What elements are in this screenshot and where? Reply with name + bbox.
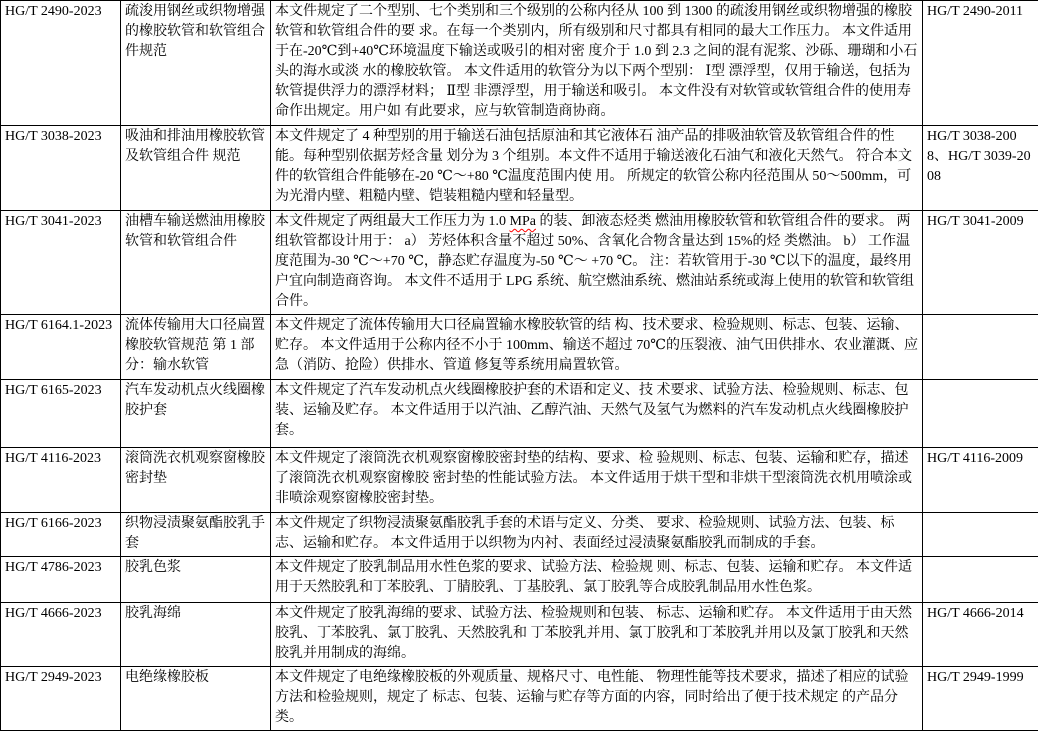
cell-replaced-standard: HG/T 4116-2009: [923, 448, 1038, 513]
cell-standard-title: 胶乳海绵: [121, 603, 271, 667]
spellcheck-underline: MPa: [510, 214, 536, 229]
table-row: HG/T 3041-2023 油槽车输送燃油用橡胶软管和软管组合件 本文件规定了…: [1, 211, 1038, 315]
table-row: HG/T 2949-2023 电绝缘橡胶板 本文件规定了电绝缘橡胶板的外观质量、…: [1, 667, 1038, 731]
cell-standard-no: HG/T 6164.1-2023: [1, 315, 121, 380]
cell-standard-scope: 本文件规定了胶乳制品用水性色浆的要求、试验方法、检验规 则、标志、包装、运输和贮…: [271, 557, 923, 603]
cell-replaced-standard: [923, 513, 1038, 557]
standards-table: HG/T 2490-2023 疏浚用钢丝或织物增强 的橡胶软管和软管组合件规范 …: [0, 0, 1038, 731]
cell-standard-title: 油槽车输送燃油用橡胶软管和软管组合件: [121, 211, 271, 315]
cell-replaced-standard: HG/T 4666-2014: [923, 603, 1038, 667]
cell-standard-title: 流体传输用大口径扁置 橡胶软管规范 第 1 部分：输水软管: [121, 315, 271, 380]
cell-standard-title: 吸油和排油用橡胶软管及软管组合件 规范: [121, 126, 271, 211]
cell-standard-title: 疏浚用钢丝或织物增强 的橡胶软管和软管组合件规范: [121, 1, 271, 126]
cell-standard-no: HG/T 2490-2023: [1, 1, 121, 126]
cell-standard-scope: 本文件规定了滚筒洗衣机观察窗橡胶密封垫的结构、要求、检 验规则、标志、包装、运输…: [271, 448, 923, 513]
cell-standard-scope: 本文件规定了电绝缘橡胶板的外观质量、规格尺寸、电性能、 物理性能等技术要求，描述…: [271, 667, 923, 731]
cell-standard-scope: 本文件规定了二个型别、七个类别和三个级别的公称内径从 100 到 1300 的疏…: [271, 1, 923, 126]
table-row: HG/T 4116-2023 滚筒洗衣机观察窗橡胶密封垫 本文件规定了滚筒洗衣机…: [1, 448, 1038, 513]
cell-standard-no: HG/T 3041-2023: [1, 211, 121, 315]
cell-replaced-standard: [923, 315, 1038, 380]
cell-replaced-standard: HG/T 2949-1999: [923, 667, 1038, 731]
table-row: HG/T 4666-2023 胶乳海绵 本文件规定了胶乳海绵的要求、试验方法、检…: [1, 603, 1038, 667]
cell-standard-title: 汽车发动机点火线圈橡胶护套: [121, 380, 271, 448]
table-row: HG/T 6166-2023 织物浸渍聚氨酯胶乳手套 本文件规定了织物浸渍聚氨酯…: [1, 513, 1038, 557]
cell-standard-no: HG/T 4116-2023: [1, 448, 121, 513]
cell-standard-no: HG/T 4666-2023: [1, 603, 121, 667]
cell-standard-no: HG/T 3038-2023: [1, 126, 121, 211]
cell-standard-no: HG/T 4786-2023: [1, 557, 121, 603]
cell-replaced-standard: HG/T 3038-2008、HG/T 3039-2008: [923, 126, 1038, 211]
cell-standard-title: 滚筒洗衣机观察窗橡胶密封垫: [121, 448, 271, 513]
cell-standard-scope: 本文件规定了胶乳海绵的要求、试验方法、检验规则和包装、 标志、运输和贮存。 本文…: [271, 603, 923, 667]
cell-standard-no: HG/T 6165-2023: [1, 380, 121, 448]
cell-replaced-standard: [923, 380, 1038, 448]
standards-table-body: HG/T 2490-2023 疏浚用钢丝或织物增强 的橡胶软管和软管组合件规范 …: [1, 1, 1038, 731]
cell-standard-scope: 本文件规定了 4 种型别的用于输送石油包括原油和其它液体石 油产品的排吸油软管及…: [271, 126, 923, 211]
cell-replaced-standard: HG/T 3041-2009: [923, 211, 1038, 315]
cell-standard-scope: 本文件规定了汽车发动机点火线圈橡胶护套的术语和定义、技 术要求、试验方法、检验规…: [271, 380, 923, 448]
cell-standard-scope: 本文件规定了流体传输用大口径扁置输水橡胶软管的结 构、技术要求、检验规则、标志、…: [271, 315, 923, 380]
table-row: HG/T 4786-2023 胶乳色浆 本文件规定了胶乳制品用水性色浆的要求、试…: [1, 557, 1038, 603]
cell-standard-no: HG/T 2949-2023: [1, 667, 121, 731]
table-row: HG/T 6164.1-2023 流体传输用大口径扁置 橡胶软管规范 第 1 部…: [1, 315, 1038, 380]
table-row: HG/T 3038-2023 吸油和排油用橡胶软管及软管组合件 规范 本文件规定…: [1, 126, 1038, 211]
table-row: HG/T 2490-2023 疏浚用钢丝或织物增强 的橡胶软管和软管组合件规范 …: [1, 1, 1038, 126]
cell-replaced-standard: [923, 557, 1038, 603]
cell-standard-scope: 本文件规定了织物浸渍聚氨酯胶乳手套的术语与定义、分类、 要求、检验规则、试验方法…: [271, 513, 923, 557]
cell-standard-no: HG/T 6166-2023: [1, 513, 121, 557]
table-row: HG/T 6165-2023 汽车发动机点火线圈橡胶护套 本文件规定了汽车发动机…: [1, 380, 1038, 448]
cell-standard-title: 织物浸渍聚氨酯胶乳手套: [121, 513, 271, 557]
cell-standard-title: 电绝缘橡胶板: [121, 667, 271, 731]
cell-standard-scope: 本文件规定了两组最大工作压力为 1.0 MPa 的装、卸液态烃类 燃油用橡胶软管…: [271, 211, 923, 315]
cell-replaced-standard: HG/T 2490-2011: [923, 1, 1038, 126]
cell-standard-title: 胶乳色浆: [121, 557, 271, 603]
